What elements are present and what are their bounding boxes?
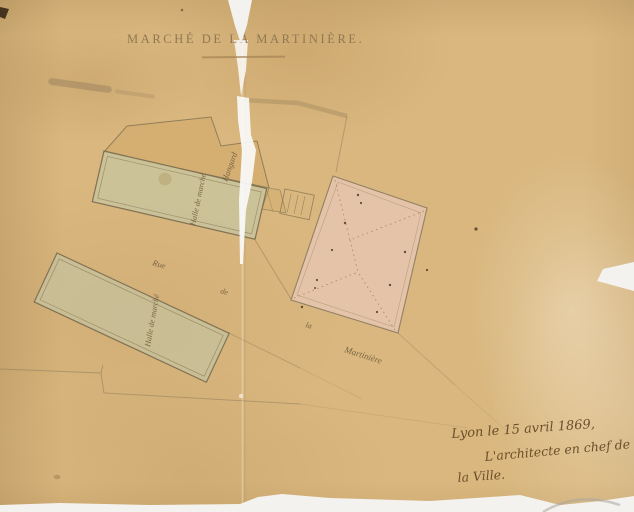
weighbridge-annex bbox=[280, 189, 315, 220]
rue-upper-edge-continuation bbox=[398, 333, 455, 385]
paper-stain bbox=[159, 173, 172, 186]
street-word-la: la bbox=[304, 320, 313, 330]
tear-white-dot bbox=[239, 394, 243, 398]
smudge-streak bbox=[48, 78, 112, 94]
street-word-rue: Rue bbox=[150, 257, 167, 271]
rue-lower-edge-continuation bbox=[229, 333, 300, 368]
pink-market-building bbox=[291, 176, 428, 333]
south-street-diagonal bbox=[104, 393, 300, 404]
lower-market-hall bbox=[34, 253, 229, 382]
street-word-martiniere: Martinière bbox=[342, 344, 383, 366]
plan-title: MARCHÉ DE LA MARTINIÈRE. bbox=[127, 32, 427, 47]
tear-white-top bbox=[234, 40, 248, 96]
smudge-streak-tail bbox=[115, 89, 155, 99]
paper-fold-tear bbox=[234, 0, 256, 512]
rue-lower-edge-fade bbox=[300, 368, 362, 399]
rue-upper-edge bbox=[255, 240, 291, 299]
south-street-fade bbox=[300, 404, 468, 428]
scanned-plan: Hangard Halle de marché Halle de marché … bbox=[0, 0, 634, 512]
street-word-de: de bbox=[219, 286, 229, 297]
corner-ink-mark bbox=[0, 7, 9, 19]
brown-spot bbox=[54, 475, 61, 479]
south-street-left bbox=[0, 369, 101, 373]
street-upper-band bbox=[243, 100, 347, 116]
fly-speck bbox=[474, 227, 477, 230]
south-street-step bbox=[101, 365, 104, 393]
paper-sheet: Hangard Halle de marché Halle de marché … bbox=[0, 0, 634, 512]
fly-speck bbox=[181, 9, 184, 12]
street-edge-to-market bbox=[336, 116, 347, 172]
